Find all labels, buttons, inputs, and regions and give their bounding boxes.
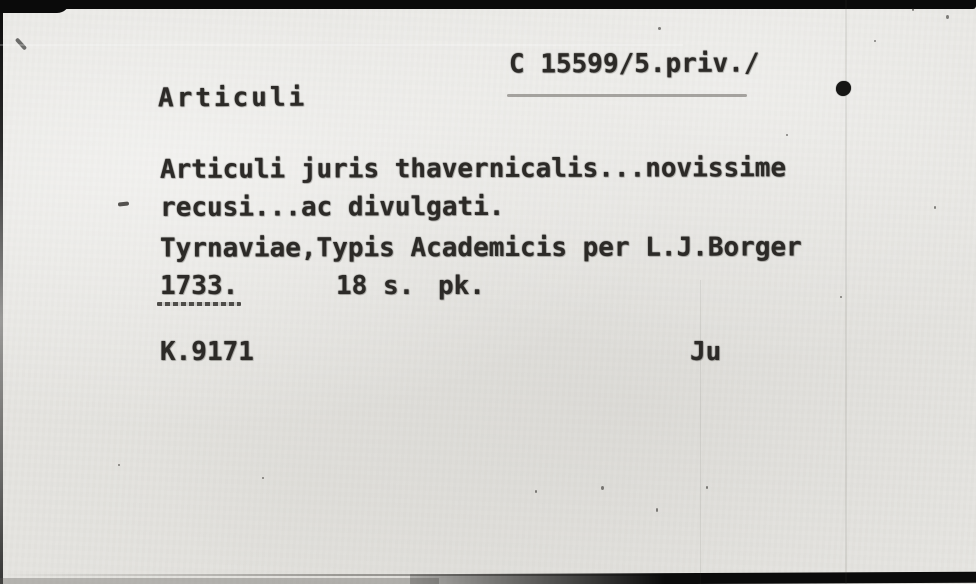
dust-speck: [601, 486, 604, 490]
scan-edge-bottom-left: [0, 578, 439, 584]
imprint-extent: 18 s.: [336, 273, 414, 299]
dust-speck: [656, 508, 658, 512]
imprint-binding: pk.: [438, 273, 485, 299]
dust-speck: [912, 8, 914, 11]
imprint-year-underline: [157, 302, 241, 306]
scan-edge-top: [0, 0, 976, 9]
scan-edge-bottom: [410, 572, 976, 584]
dust-speck: [786, 134, 788, 136]
call-number-underline: [507, 94, 747, 97]
title-statement: Articuli juris thavernicalis...novissime…: [160, 149, 786, 227]
scan-edge-top-left-corner: [0, 0, 70, 13]
dust-speck: [946, 15, 949, 19]
catalog-card-scan: C 15599/5.priv./ Articuli Articuli juris…: [0, 0, 976, 584]
inventory-number: K.9171: [160, 339, 254, 365]
dust-speck: [535, 490, 537, 493]
imprint-statement: Tyrnaviae,Typis Academicis per L.J.Borge…: [160, 234, 802, 261]
category-code: Ju: [690, 339, 721, 365]
scan-edge-left: [0, 0, 3, 584]
dust-speck: [934, 206, 936, 209]
dust-speck: [262, 477, 264, 479]
dust-speck: [874, 40, 876, 42]
dust-speck: [658, 27, 661, 30]
heading-author-entry: Articuli: [158, 85, 307, 112]
title-line-1: Articuli juris thavernicalis...novissime: [160, 149, 786, 189]
dust-speck: [118, 464, 120, 466]
paper-crease-vertical-2: [700, 280, 701, 584]
ink-blot: [836, 81, 851, 96]
dust-speck: [706, 486, 708, 489]
dust-speck: [840, 296, 842, 298]
title-line-2: recusi...ac divulgati.: [160, 187, 786, 227]
imprint-year: 1733.: [160, 273, 238, 299]
pencil-mark: [118, 201, 129, 206]
call-number: C 15599/5.priv./: [509, 51, 760, 78]
paper-crease-horizontal: [0, 44, 683, 46]
